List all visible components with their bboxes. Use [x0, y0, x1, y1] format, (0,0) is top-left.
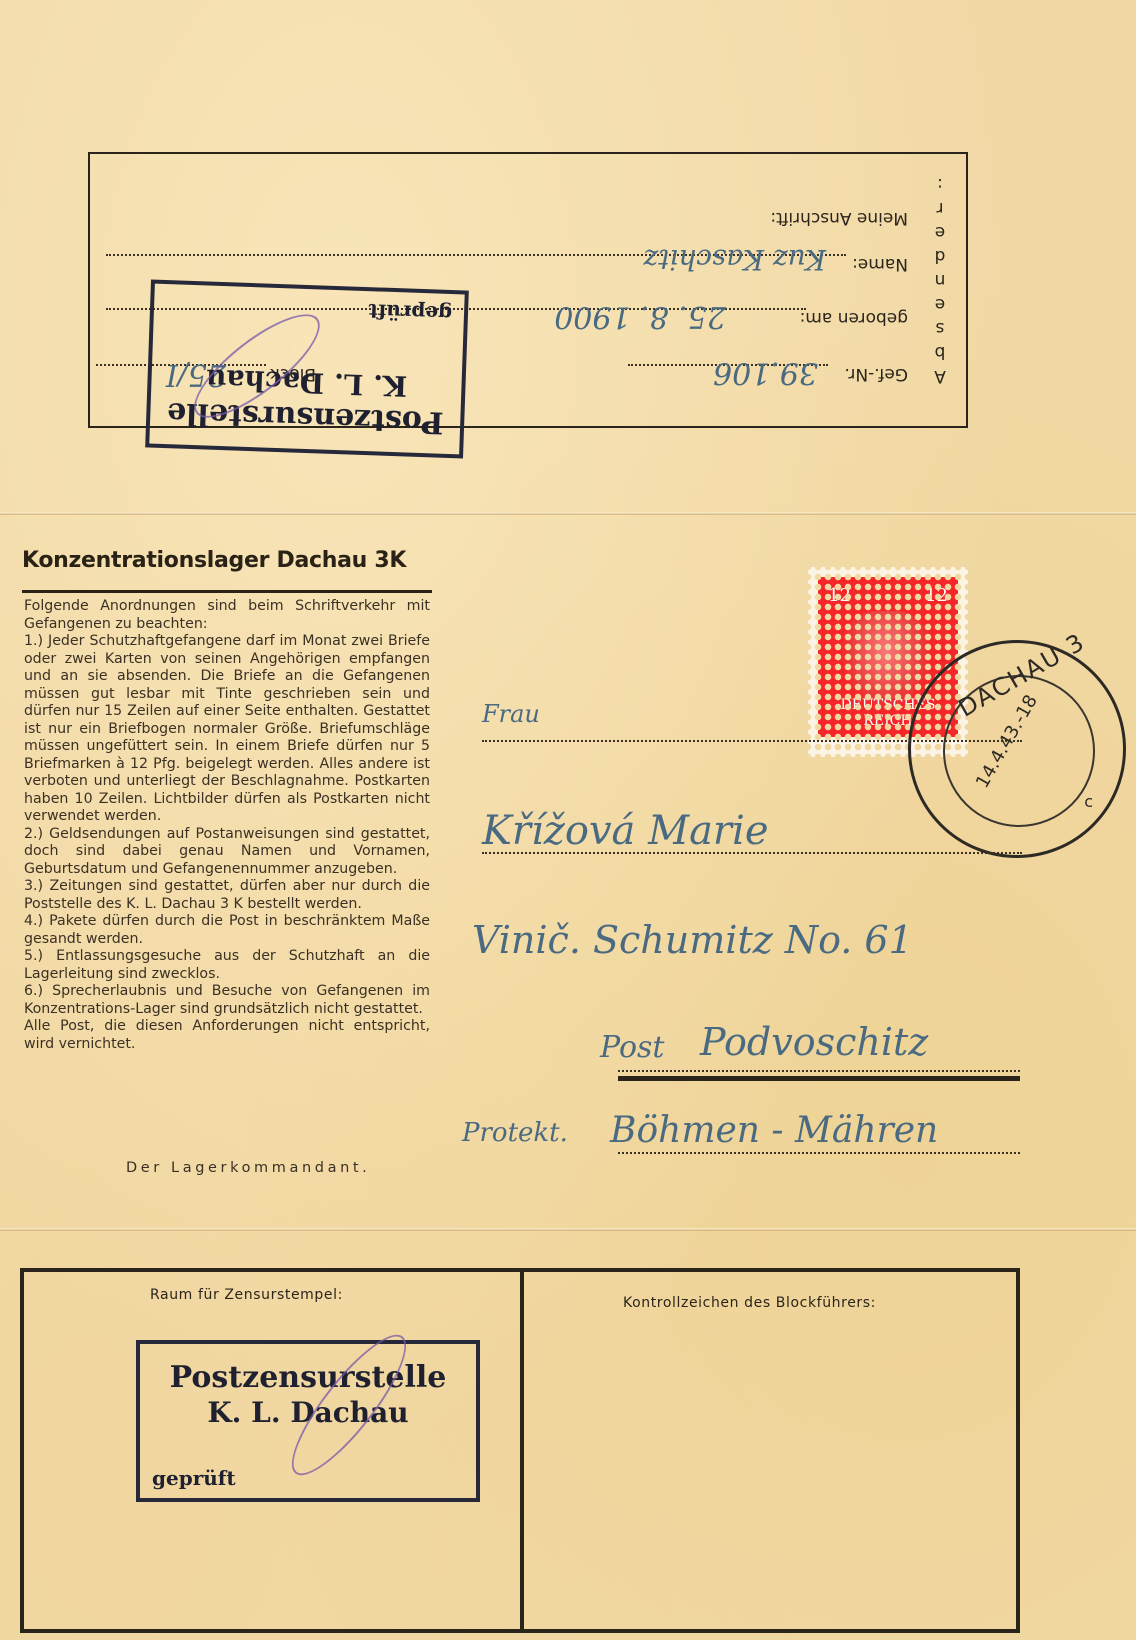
address-salutation: Frau: [482, 700, 540, 728]
postmark: DACHAU 3 14.4.43.-18 c: [908, 640, 1126, 858]
address-line-2: [482, 852, 1022, 854]
address-name: Křížová Marie: [482, 808, 769, 854]
portrait-icon: [840, 611, 932, 711]
censor-section-divider: [520, 1268, 524, 1633]
regulations-item-4: 4.) Pakete dürfen durch die Post in besc…: [24, 913, 430, 948]
regulations-item-2: 2.) Geldsendungen auf Postanweisungen si…: [24, 826, 430, 879]
regulations-body: Folgende Anordnungen sind beim Schriftve…: [24, 598, 430, 1053]
address-street: Vinič. Schumitz No. 61: [472, 918, 913, 962]
regulations-title-rule: [22, 590, 432, 593]
sender-field-label-name: Name:: [852, 254, 908, 274]
censor-stamp-bottom-line1: Postzensurstelle: [140, 1360, 476, 1396]
regulations-item-5: 5.) Entlassungsgesuche aus der Schutzhaf…: [24, 948, 430, 983]
censor-space-label: Raum für Zensurstempel:: [150, 1287, 343, 1303]
regulations-title: Konzentrationslager Dachau 3K: [22, 548, 406, 573]
sender-field-value-name: Kuz Kaschitz: [643, 243, 826, 276]
address-line-4: [618, 1070, 1020, 1072]
sender-field-label-gefnr: Gef.-Nr.: [845, 364, 908, 384]
sender-field-value-gefnr: 39.106: [713, 355, 818, 390]
stamp-denomination-left: 12: [828, 585, 851, 606]
regulations-intro: Folgende Anordnungen sind beim Schriftve…: [24, 598, 430, 633]
postmark-code: c: [1084, 792, 1093, 811]
sender-field-label-address: Meine Anschrift:: [770, 208, 908, 228]
regulations-item-3: 3.) Zeitungen sind gestattet, dürfen abe…: [24, 878, 430, 913]
regulations-signature: Der Lagerkommandant.: [126, 1160, 370, 1176]
address-region-prefix: Protekt.: [462, 1118, 568, 1148]
sender-heading: Absender:: [932, 163, 952, 386]
address-town: Podvoschitz: [700, 1020, 928, 1064]
address-line-5: [618, 1152, 1020, 1154]
regulations-item-6: 6.) Sprecherlaubnis und Besuche von Gefa…: [24, 983, 430, 1018]
censor-stamp-top: Postzensurstelle K. L. Dachau geprüft: [145, 280, 469, 459]
sender-heading-text: Absender:: [928, 170, 952, 386]
address-post-label: Post: [600, 1030, 664, 1065]
regulations-item-1: 1.) Jeder Schutzhaftgefangene darf im Mo…: [24, 633, 430, 826]
fold-line-bottom: [0, 1228, 1136, 1231]
sender-field-label-born: geboren am:: [800, 308, 908, 328]
address-town-underline: [618, 1076, 1020, 1081]
fold-line-top: [0, 512, 1136, 515]
regulations-closing: Alle Post, die diesen Anforderungen nich…: [24, 1018, 430, 1053]
censor-stamp-top-line3: geprüft: [368, 299, 452, 326]
stamp-denomination-right: 12: [925, 585, 948, 606]
address-region: Böhmen - Mähren: [610, 1110, 938, 1151]
censor-stamp-bottom-line3: geprüft: [152, 1466, 236, 1490]
address-line-1: [482, 740, 1022, 742]
control-mark-label: Kontrollzeichen des Blockführers:: [623, 1295, 876, 1311]
sender-field-value-born: 25. 8. 1900: [554, 299, 726, 334]
